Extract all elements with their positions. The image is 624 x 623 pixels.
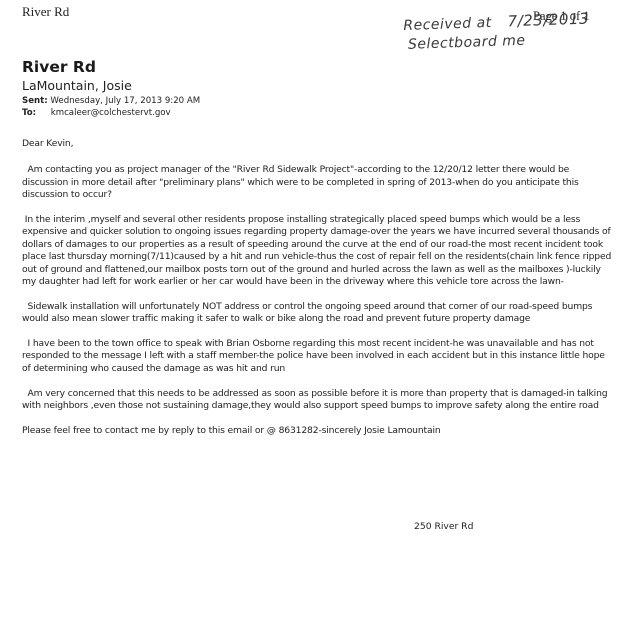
body-paragraph: I have been to the town office to speak …: [22, 338, 614, 375]
email-body: Dear Kevin, Am contacting you as project…: [22, 138, 614, 437]
to-value: kmcaleer@colchestervt.gov: [51, 108, 171, 118]
email-sender: LaMountain, Josie: [22, 78, 132, 93]
to-label: To:: [22, 108, 48, 118]
body-paragraph: Am very concerned that this needs to be …: [22, 388, 614, 413]
greeting: Dear Kevin,: [22, 138, 614, 150]
sent-label: Sent:: [22, 96, 48, 106]
closing-line: Please feel free to contact me by reply …: [22, 425, 614, 437]
stamp-date: 7/23/2013: [507, 10, 589, 31]
signature-address: 250 River Rd: [414, 521, 473, 532]
body-paragraph: In the interim ,myself and several other…: [22, 214, 614, 288]
body-paragraph: Am contacting you as project manager of …: [22, 164, 614, 201]
email-to-row: To: kmcaleer@colchestervt.gov: [22, 108, 171, 118]
email-sent-row: Sent: Wednesday, July 17, 2013 9:20 AM: [22, 96, 200, 106]
print-header-title: River Rd: [22, 4, 69, 20]
stamp-received-text: Received at: [403, 15, 492, 34]
handwritten-received-stamp: Received at7/23/2013 Selectboard me: [403, 10, 590, 55]
body-paragraph: Sidewalk installation will unfortunately…: [22, 301, 614, 326]
email-subject: River Rd: [22, 58, 96, 76]
sent-value: Wednesday, July 17, 2013 9:20 AM: [50, 96, 200, 106]
